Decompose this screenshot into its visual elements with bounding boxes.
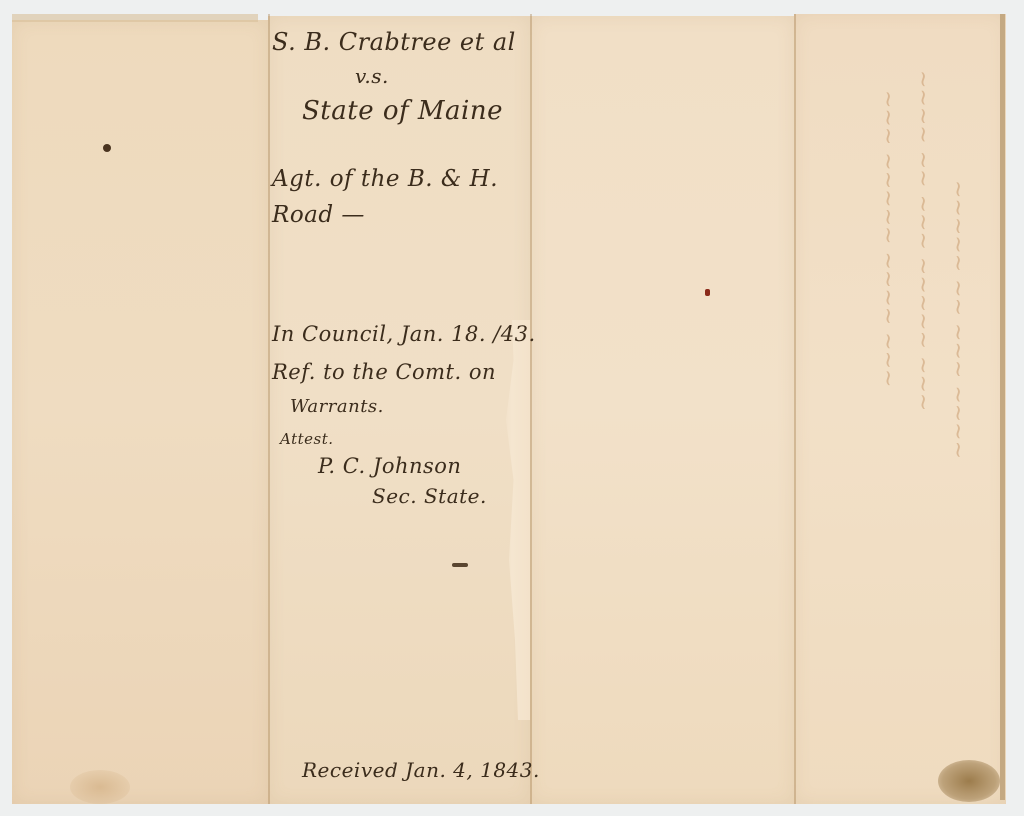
council-referral-cont: Warrants. (290, 396, 384, 417)
docket-subject: Agt. of the B. & H. (272, 166, 498, 192)
signature: P. C. Johnson (318, 454, 461, 478)
received-date: Received Jan. 4, 1843. (302, 758, 540, 782)
docket-defendant: State of Maine (302, 96, 503, 126)
panel-left-blank (12, 20, 268, 804)
water-stain (938, 760, 1000, 802)
faint-stain (70, 770, 130, 804)
council-referral: Ref. to the Comt. on (272, 360, 496, 384)
page-edge (1000, 14, 1005, 800)
signature-title: Sec. State. (372, 484, 487, 508)
ink-spot (103, 144, 111, 152)
red-mark (705, 289, 710, 296)
fold-line (268, 14, 270, 804)
fold-line (530, 14, 532, 804)
attest-label: Attest. (280, 430, 334, 448)
worn-top-edge (12, 14, 258, 22)
docket-versus: v.s. (355, 64, 389, 88)
bleed-through-text: ~~~ ~~~~~ ~~~~ ~~~ (875, 90, 900, 387)
council-note: In Council, Jan. 18. /43. (272, 322, 536, 346)
panel-right-bleed (794, 14, 1006, 804)
ink-blot (452, 563, 468, 567)
bleed-through-text: ~~~~ ~~ ~~~ ~~~~~ ~~~ (910, 70, 935, 411)
docket-case-name: S. B. Crabtree et al (272, 28, 516, 56)
fold-line (794, 14, 796, 804)
bleed-through-text: ~~~~~ ~~ ~~~ ~~~~ (945, 180, 970, 459)
panel-middle-blank (530, 16, 794, 804)
docket-subject-cont: Road — (272, 202, 365, 228)
